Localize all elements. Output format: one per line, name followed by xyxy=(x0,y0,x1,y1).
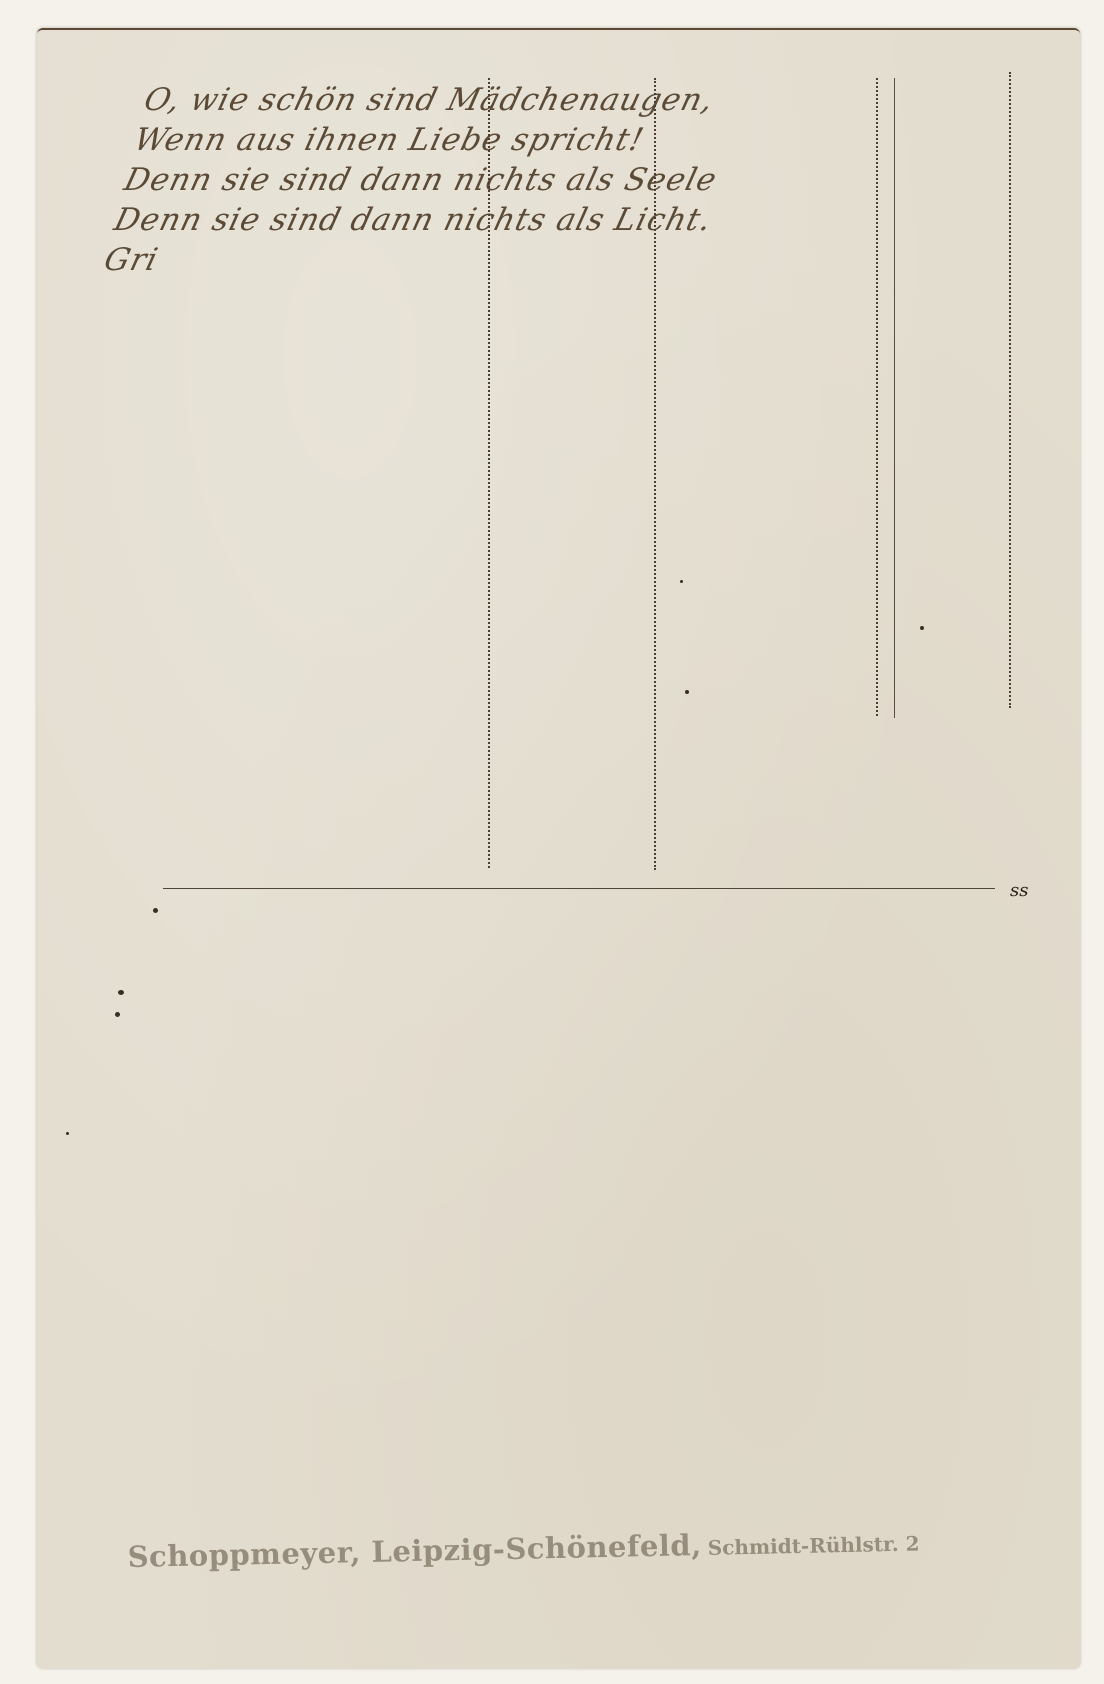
signature: Gri xyxy=(100,240,830,280)
stamp-box-left-dotted xyxy=(876,78,878,716)
dotted-divider-left xyxy=(488,78,490,868)
poem-line: Wenn aus ihnen Liebe spricht! xyxy=(130,120,860,160)
handwritten-poem: O, wie schön sind Mädchenaugen, Wenn aus… xyxy=(100,80,870,280)
address-line xyxy=(163,888,995,889)
publisher-address: Schmidt-Rühlstr. 2 xyxy=(708,1531,920,1559)
stamp-box-left-solid xyxy=(894,78,895,718)
ink-speck xyxy=(118,990,124,995)
poem-line: Denn sie sind dann nichts als Licht. xyxy=(110,200,840,240)
ink-speck xyxy=(153,908,158,913)
ink-speck xyxy=(66,1132,69,1135)
ink-speck xyxy=(115,1012,120,1017)
ink-speck xyxy=(685,690,689,694)
poem-line: Denn sie sind dann nichts als Seele xyxy=(120,160,850,200)
poem-line: O, wie schön sind Mädchenaugen, xyxy=(140,80,870,120)
ink-speck xyxy=(680,580,683,583)
line-end-mark: ss xyxy=(1010,880,1028,901)
stamp-box-right-dotted xyxy=(1009,72,1011,708)
dotted-divider-middle xyxy=(654,78,656,870)
ink-speck xyxy=(920,626,924,630)
